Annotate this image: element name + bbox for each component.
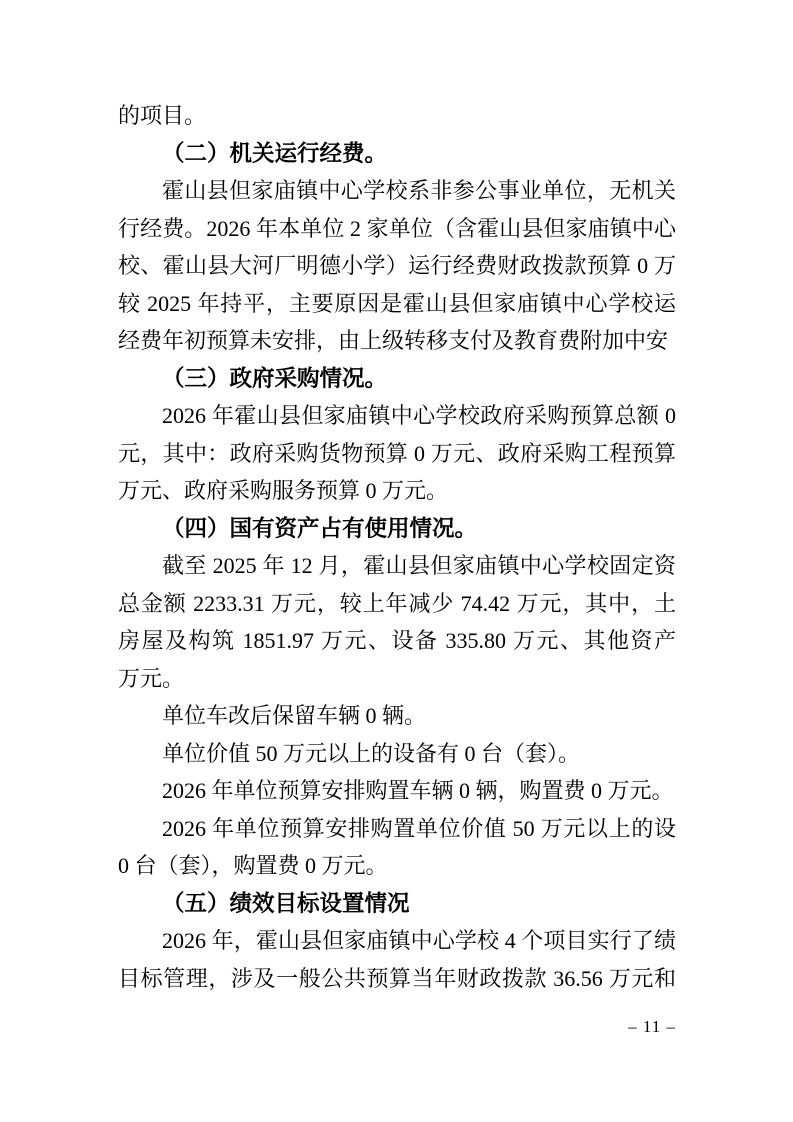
text-line: 总金额 2233.31 万元，较上年减少 74.42 万元，其中，土地、	[118, 585, 676, 623]
document-body: 的项目。（二）机关运行经费。霍山县但家庙镇中心学校系非参公事业单位，无机关运行经…	[118, 97, 676, 997]
text-line: 截至 2025 年 12 月，霍山县但家庙镇中心学校固定资产	[118, 547, 676, 585]
text-line: 校、霍山县大河厂明德小学）运行经费财政拨款预算 0 万元，	[118, 247, 676, 285]
section-heading: （二）机关运行经费。	[118, 135, 676, 173]
section-heading: （四）国有资产占有使用情况。	[118, 510, 676, 548]
text-line: 房屋及构筑 1851.97 万元、设备 335.80 万元、其他资产 45.54	[118, 622, 676, 660]
text-line: 0 台（套），购置费 0 万元。	[118, 847, 676, 885]
text-line: 2026 年，霍山县但家庙镇中心学校 4 个项目实行了绩效	[118, 922, 676, 960]
text-line: 目标管理，涉及一般公共预算当年财政拨款 36.56 万元和单	[118, 960, 676, 998]
text-line: 万元。	[118, 660, 676, 698]
text-line: 元，其中：政府采购货物预算 0 万元、政府采购工程预算 0	[118, 435, 676, 473]
paragraph: 的项目。	[118, 97, 676, 135]
section-heading: （三）政府采购情况。	[118, 360, 676, 398]
text-line: 2026 年单位预算安排购置车辆 0 辆，购置费 0 万元。	[118, 772, 676, 810]
paragraph: 2026 年霍山县但家庙镇中心学校政府采购预算总额 0 万元，其中：政府采购货物…	[118, 397, 676, 510]
text-line: 单位车改后保留车辆 0 辆。	[118, 697, 676, 735]
paragraph: 单位价值 50 万元以上的设备有 0 台（套）。	[118, 735, 676, 773]
text-line: （四）国有资产占有使用情况。	[118, 510, 676, 548]
section-heading: （五）绩效目标设置情况	[118, 885, 676, 923]
text-line: （三）政府采购情况。	[118, 360, 676, 398]
text-line: 的项目。	[118, 97, 676, 135]
text-line: 较 2025 年持平，主要原因是霍山县但家庙镇中心学校运行	[118, 285, 676, 323]
text-line: 行经费。2026 年本单位 2 家单位（含霍山县但家庙镇中心学	[118, 210, 676, 248]
paragraph: 2026 年单位预算安排购置单位价值 50 万元以上的设备0 台（套），购置费 …	[118, 810, 676, 885]
text-line: 单位价值 50 万元以上的设备有 0 台（套）。	[118, 735, 676, 773]
text-line: 万元、政府采购服务预算 0 万元。	[118, 472, 676, 510]
page-number: – 11 –	[118, 1014, 676, 1040]
paragraph: 截至 2025 年 12 月，霍山县但家庙镇中心学校固定资产总金额 2233.3…	[118, 547, 676, 697]
paragraph: 霍山县但家庙镇中心学校系非参公事业单位，无机关运行经费。2026 年本单位 2 …	[118, 172, 676, 360]
text-line: 2026 年霍山县但家庙镇中心学校政府采购预算总额 0 万	[118, 397, 676, 435]
paragraph: 2026 年，霍山县但家庙镇中心学校 4 个项目实行了绩效目标管理，涉及一般公共…	[118, 922, 676, 997]
paragraph: 2026 年单位预算安排购置车辆 0 辆，购置费 0 万元。	[118, 772, 676, 810]
text-line: 霍山县但家庙镇中心学校系非参公事业单位，无机关运	[118, 172, 676, 210]
text-line: 经费年初预算未安排，由上级转移支付及教育费附加中安排。	[118, 322, 676, 360]
text-line: （二）机关运行经费。	[118, 135, 676, 173]
paragraph: 单位车改后保留车辆 0 辆。	[118, 697, 676, 735]
text-line: 2026 年单位预算安排购置单位价值 50 万元以上的设备	[118, 810, 676, 848]
document-page: 的项目。（二）机关运行经费。霍山县但家庙镇中心学校系非参公事业单位，无机关运行经…	[0, 0, 793, 1122]
text-line: （五）绩效目标设置情况	[118, 885, 676, 923]
